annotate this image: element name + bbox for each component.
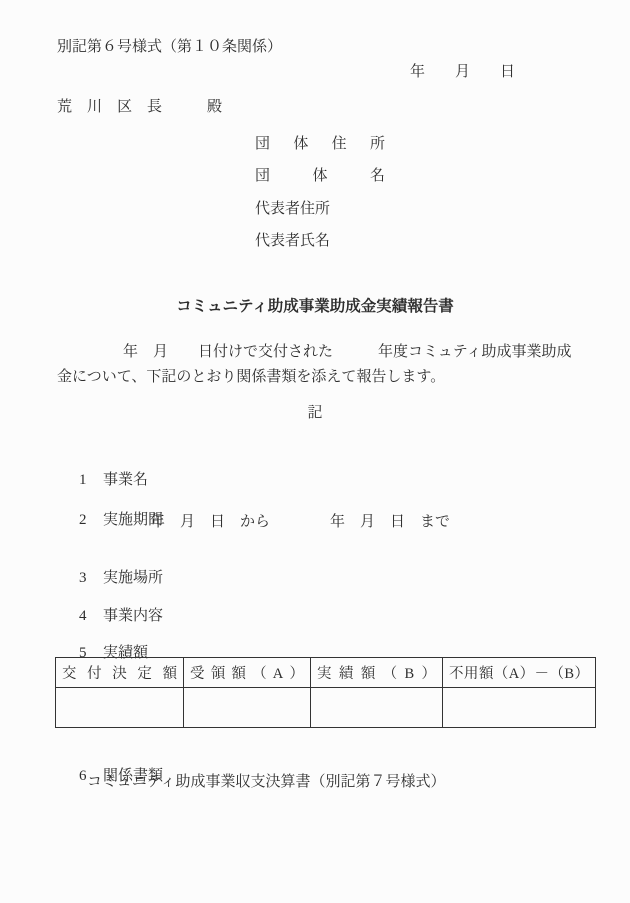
header-cell-grant-decided-amount: 交付決定額 bbox=[56, 658, 184, 688]
document-title: コミュニティ助成事業助成金実績報告書 bbox=[0, 298, 630, 316]
cell-actual-amount-b bbox=[311, 688, 443, 728]
document-page: 別記第６号様式（第１０条関係） 年 月 日 荒 川 区 長 殿 団体住所 団体名… bbox=[0, 0, 630, 903]
representative-name-label: 代表者氏名 bbox=[255, 232, 330, 250]
representative-address-label: 代表者住所 bbox=[255, 200, 330, 218]
body-line-1: 年 月 日付けで交付された 年度コミュティ助成事業助成 bbox=[123, 343, 572, 361]
grant-amount-table: 交付決定額 受領額（A） 実績額（B） 不用額（A）－（B） bbox=[55, 657, 596, 728]
item-number: 3 bbox=[79, 569, 103, 587]
item-number: 4 bbox=[79, 607, 103, 625]
cell-grant-decided-amount bbox=[56, 688, 184, 728]
header-cell-received-amount-a: 受領額（A） bbox=[184, 658, 311, 688]
cell-unused-amount-a-minus-b bbox=[443, 688, 596, 728]
item-label: 事業名 bbox=[103, 472, 148, 488]
header-cell-unused-amount-a-minus-b: 不用額（A）－（B） bbox=[443, 658, 596, 688]
attachment-detail-line: コミュニティ助成事業収支決算書（別記第７号様式） bbox=[87, 773, 446, 791]
org-address-label: 団体住所 bbox=[255, 135, 385, 153]
notation-ki: 記 bbox=[0, 404, 630, 422]
table-value-row bbox=[56, 688, 596, 728]
form-number: 別記第６号様式（第１０条関係） bbox=[57, 38, 282, 56]
addressee: 荒 川 区 長 殿 bbox=[57, 98, 222, 116]
item-number: 1 bbox=[79, 471, 103, 489]
period-detail-line: 年 月 日 から 年 月 日 まで bbox=[150, 513, 450, 531]
list-item-period: 2実施期間 bbox=[64, 493, 163, 547]
item-label: 実施場所 bbox=[103, 570, 163, 586]
body-line-2: 金について、下記のとおり関係書類を添えて報告します。 bbox=[57, 368, 445, 386]
cell-received-amount-a bbox=[184, 688, 311, 728]
item-label: 事業内容 bbox=[103, 608, 163, 624]
org-name-label: 団体名 bbox=[255, 167, 385, 185]
item-number: 2 bbox=[79, 511, 103, 529]
header-cell-actual-amount-b: 実績額（B） bbox=[311, 658, 443, 688]
table-header-row: 交付決定額 受領額（A） 実績額（B） 不用額（A）－（B） bbox=[56, 658, 596, 688]
issue-date-line: 年 月 日 bbox=[410, 63, 515, 81]
